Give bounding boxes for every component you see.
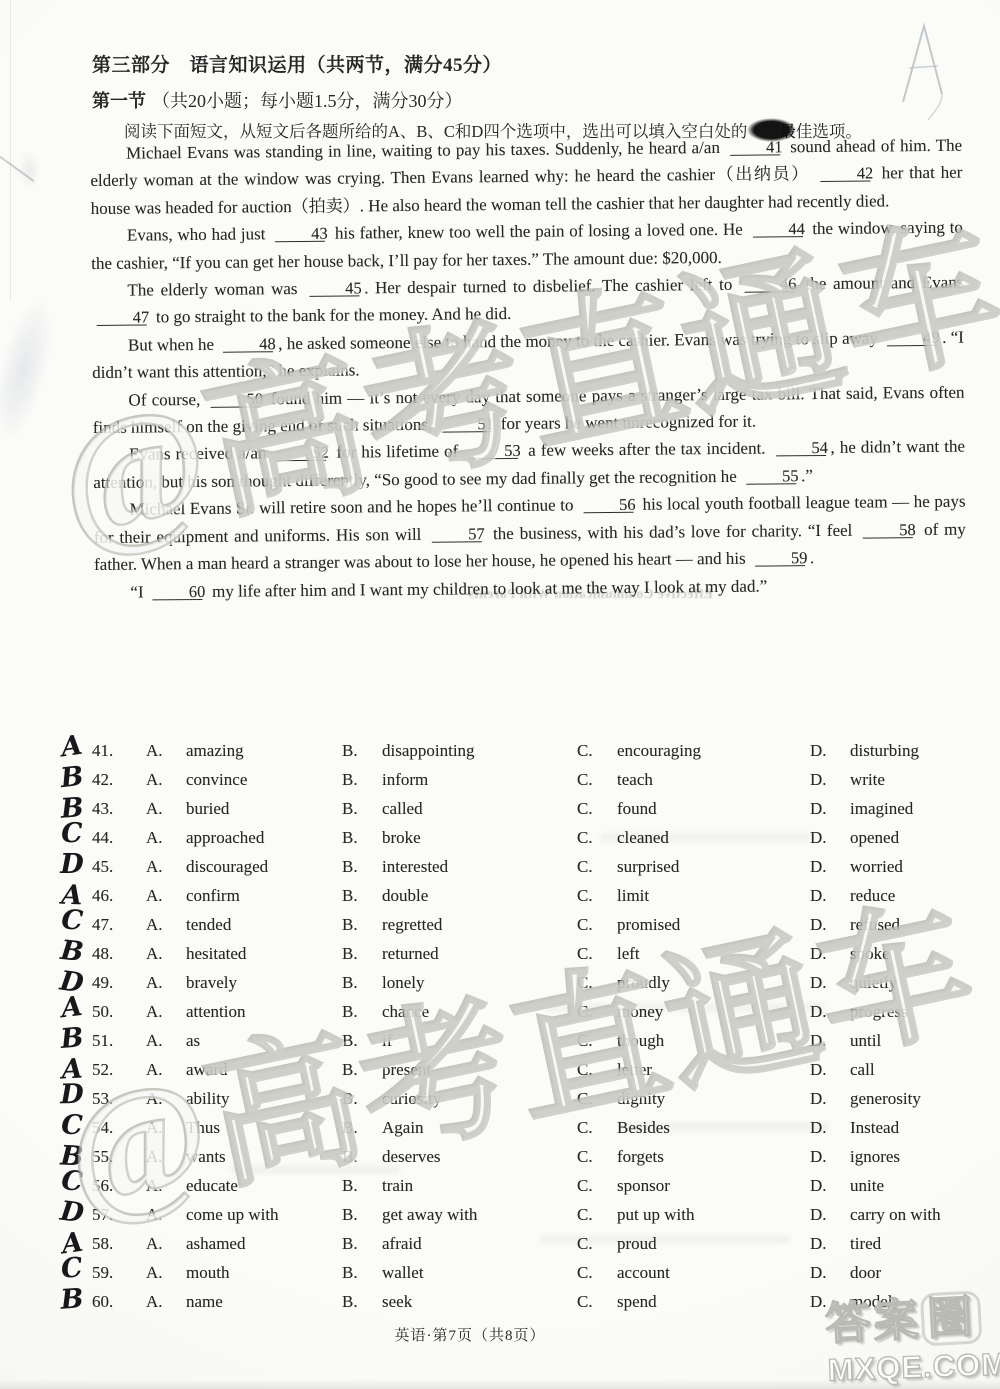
option-c: C.limit (577, 886, 810, 906)
option-b: B.disappointing (342, 741, 577, 761)
option-c: C.Besides (577, 1118, 810, 1138)
option-label: D. (810, 857, 850, 877)
option-label: C. (577, 1060, 617, 1080)
option-text: call (850, 1060, 875, 1079)
option-label: A. (146, 1002, 186, 1022)
option-d: D.tired (810, 1234, 988, 1254)
option-label: D. (810, 973, 850, 993)
option-text: teach (617, 770, 653, 789)
option-label: C. (577, 741, 617, 761)
option-text: broke (382, 828, 421, 847)
option-text: ignores (850, 1147, 900, 1166)
option-text: called (382, 799, 423, 818)
option-text: refused (850, 915, 900, 934)
option-text: deserves (382, 1147, 441, 1166)
option-text: proudly (617, 973, 670, 992)
question-number: 51. (92, 1031, 146, 1051)
question-number: 54. (92, 1118, 146, 1138)
handwritten-answer: D (55, 1081, 89, 1109)
option-label: C. (577, 1031, 617, 1051)
option-label: D. (810, 1089, 850, 1109)
option-d: D.carry on with (810, 1205, 988, 1225)
option-d: D.until (810, 1031, 988, 1051)
cloze-blank: 44 (752, 221, 802, 237)
passage: Michael Evans was standing in line, wait… (90, 132, 966, 606)
cloze-blank: 58 (863, 522, 913, 538)
option-text: afraid (382, 1234, 422, 1253)
option-label: D. (810, 799, 850, 819)
handwritten-answer: B (54, 936, 91, 966)
option-text: get away with (382, 1205, 477, 1224)
option-c: C.letter (577, 1060, 810, 1080)
passage-paragraph: Evans, who had just 43 his father, knew … (91, 214, 963, 277)
option-text: sponsor (617, 1176, 670, 1195)
option-a: A.wants (146, 1147, 342, 1167)
option-text: interested (382, 857, 448, 876)
option-a: A.as (146, 1031, 342, 1051)
option-a: A.name (146, 1292, 342, 1312)
option-label: A. (146, 1176, 186, 1196)
option-text: disturbing (850, 741, 919, 760)
option-d: D.quietly (810, 973, 988, 993)
cloze-blank: 45 (309, 280, 359, 296)
option-label: B. (342, 915, 382, 935)
handwritten-answer: B (54, 1285, 90, 1314)
cloze-blank: 56 (583, 497, 633, 513)
option-text: if (382, 1031, 392, 1050)
option-text: promised (617, 915, 680, 934)
question-row: B42.A.convinceB.informC.teachD.write (92, 770, 988, 799)
option-text: encouraging (617, 741, 701, 760)
option-text: ashamed (186, 1234, 245, 1253)
option-c: C.proud (577, 1234, 810, 1254)
option-c: C.proudly (577, 973, 810, 993)
option-text: name (186, 1292, 223, 1311)
option-label: D. (810, 915, 850, 935)
option-c: C.forgets (577, 1147, 810, 1167)
cloze-blank: 49 (887, 330, 937, 346)
option-b: B.if (342, 1031, 577, 1051)
option-label: A. (146, 741, 186, 761)
option-text: generosity (850, 1089, 921, 1108)
option-b: B.inform (342, 770, 577, 790)
option-label: B. (342, 1176, 382, 1196)
option-label: B. (342, 857, 382, 877)
option-b: B.returned (342, 944, 577, 964)
option-label: B. (342, 1147, 382, 1167)
part-title: 第三部分 语言知识运用（共两节，满分45分） (92, 50, 972, 77)
option-label: D. (810, 944, 850, 964)
question-row: B51.A.asB.ifC.thoughD.until (92, 1031, 988, 1060)
logo-circled-char: 圈 (920, 1290, 983, 1346)
option-d: D.Instead (810, 1118, 988, 1138)
handwritten-answer: A (53, 992, 90, 1023)
option-d: D.unite (810, 1176, 988, 1196)
option-b: B.double (342, 886, 577, 906)
option-b: B.train (342, 1176, 577, 1196)
question-number: 53. (92, 1089, 146, 1109)
option-text: present (382, 1060, 431, 1079)
question-row: B48.A.hesitatedB.returnedC.leftD.spoke (92, 944, 988, 973)
question-number: 49. (92, 973, 146, 993)
option-label: B. (342, 770, 382, 790)
option-label: A. (146, 1263, 186, 1283)
option-d: D.imagined (810, 799, 988, 819)
question-number: 48. (92, 944, 146, 964)
option-label: A. (146, 1234, 186, 1254)
option-label: C. (577, 1147, 617, 1167)
option-text: tired (850, 1234, 881, 1253)
option-text: door (850, 1263, 881, 1282)
option-d: D.reduce (810, 886, 988, 906)
option-c: C.spend (577, 1292, 810, 1312)
option-text: progress (850, 1002, 908, 1021)
option-label: A. (146, 1060, 186, 1080)
option-label: C. (577, 886, 617, 906)
option-label: C. (577, 1176, 617, 1196)
option-text: carry on with (850, 1205, 941, 1224)
logo-url: MXQE.COM (827, 1345, 1000, 1388)
option-d: D.refused (810, 915, 988, 935)
option-d: D.disturbing (810, 741, 988, 761)
passage-paragraph: Michael Evans was standing in line, wait… (90, 132, 963, 223)
question-number: 41. (92, 741, 146, 761)
cloze-blank: 60 (153, 583, 203, 599)
scan-crease (10, 0, 11, 300)
handwritten-answer: D (53, 1197, 90, 1228)
option-label: B. (342, 1234, 382, 1254)
option-label: D. (810, 1002, 850, 1022)
question-number: 60. (92, 1292, 146, 1312)
option-text: as (186, 1031, 200, 1050)
option-text: educate (186, 1176, 238, 1195)
question-number: 47. (92, 915, 146, 935)
option-c: C.teach (577, 770, 810, 790)
option-a: A.ability (146, 1089, 342, 1109)
cloze-blank: 42 (821, 166, 871, 182)
option-label: B. (342, 886, 382, 906)
option-label: C. (577, 828, 617, 848)
question-row: D53.A.abilityB.curiosityC.dignityD.gener… (92, 1089, 988, 1118)
option-text: account (617, 1263, 670, 1282)
question-row: A41.A.amazingB.disappointingC.encouragin… (92, 741, 988, 770)
option-label: D. (810, 1118, 850, 1138)
option-text: limit (617, 886, 649, 905)
cloze-blank: 52 (276, 445, 326, 461)
option-text: surprised (617, 857, 679, 876)
option-a: A.come up with (146, 1205, 342, 1225)
option-text: put up with (617, 1205, 694, 1224)
cloze-blank: 41 (730, 139, 780, 155)
question-number: 43. (92, 799, 146, 819)
handwritten-answer: A (53, 731, 90, 762)
option-text: spoke (850, 944, 890, 963)
option-text: disappointing (382, 741, 475, 760)
option-text: found (617, 799, 657, 818)
question-number: 50. (92, 1002, 146, 1022)
cloze-blank: 43 (275, 226, 325, 242)
passage-paragraph: Of course, 50 found him — it’s not every… (92, 378, 964, 441)
option-label: A. (146, 1292, 186, 1312)
option-label: B. (342, 1118, 382, 1138)
option-label: C. (577, 915, 617, 935)
option-label: B. (342, 944, 382, 964)
option-c: C.dignity (577, 1089, 810, 1109)
option-text: come up with (186, 1205, 279, 1224)
option-label: C. (577, 1118, 617, 1138)
option-label: D. (810, 1060, 850, 1080)
question-row: A50.A.attentionB.chanceC.moneyD.progress (92, 1002, 988, 1031)
option-text: until (850, 1031, 881, 1050)
question-row: D49.A.bravelyB.lonelyC.proudlyD.quietly (92, 973, 988, 1002)
option-text: imagined (850, 799, 913, 818)
option-c: C.left (577, 944, 810, 964)
option-a: A.educate (146, 1176, 342, 1196)
option-text: wants (186, 1147, 226, 1166)
subsection-info: （共20小题；每小题1.5分，满分30分） (152, 91, 463, 111)
cloze-blank: 48 (223, 336, 273, 352)
option-text: cleaned (617, 828, 669, 847)
option-text: attention (186, 1002, 245, 1021)
question-row: D45.A.discouragedB.interestedC.surprised… (92, 857, 988, 886)
option-label: A. (146, 828, 186, 848)
option-text: proud (617, 1234, 657, 1253)
page-footer: 英语·第7页（共8页） (0, 1324, 940, 1345)
option-label: D. (810, 886, 850, 906)
option-text: award (186, 1060, 228, 1079)
option-text: returned (382, 944, 439, 963)
option-label: A. (146, 1118, 186, 1138)
cloze-blank: 57 (432, 526, 482, 542)
option-text: Instead (850, 1118, 899, 1137)
option-text: train (382, 1176, 413, 1195)
option-label: A. (146, 944, 186, 964)
option-text: money (617, 1002, 663, 1021)
option-d: D.opened (810, 828, 988, 848)
option-a: A.mouth (146, 1263, 342, 1283)
option-text: hesitated (186, 944, 246, 963)
option-b: B.seek (342, 1292, 577, 1312)
question-row: C47.A.tendedB.regrettedC.promisedD.refus… (92, 915, 988, 944)
option-label: B. (342, 799, 382, 819)
option-a: A.bravely (146, 973, 342, 993)
option-text: reduce (850, 886, 895, 905)
option-label: A. (146, 799, 186, 819)
option-label: A. (146, 1205, 186, 1225)
option-b: B.present (342, 1060, 577, 1080)
subsection-label: 第一节 (92, 91, 146, 111)
question-row: B55.A.wantsB.deservesC.forgetsD.ignores (92, 1147, 988, 1176)
option-label: D. (810, 741, 850, 761)
option-text: discouraged (186, 857, 268, 876)
cloze-blank: 54 (775, 440, 825, 456)
logo-chinese-name: 答案圈 (823, 1277, 1000, 1353)
option-b: B.deserves (342, 1147, 577, 1167)
cloze-blank: 51 (441, 416, 491, 432)
option-text: Thus (186, 1118, 220, 1137)
option-text: lonely (382, 973, 425, 992)
option-b: B.wallet (342, 1263, 577, 1283)
question-row: D57.A.come up withB.get away withC.put u… (92, 1205, 988, 1234)
option-label: D. (810, 1031, 850, 1051)
option-a: A.approached (146, 828, 342, 848)
question-row: A52.A.awardB.presentC.letterD.call (92, 1060, 988, 1089)
option-text: Again (382, 1118, 424, 1137)
option-label: D. (810, 828, 850, 848)
question-row: A46.A.confirmB.doubleC.limitD.reduce (92, 886, 988, 915)
passage-paragraph: Evans received a/an 52 for his lifetime … (93, 433, 965, 496)
question-number: 57. (92, 1205, 146, 1225)
option-label: A. (146, 915, 186, 935)
option-c: C.encouraging (577, 741, 810, 761)
option-text: regretted (382, 915, 442, 934)
option-text: unite (850, 1176, 884, 1195)
option-b: B.broke (342, 828, 577, 848)
option-label: B. (342, 741, 382, 761)
option-text: bravely (186, 973, 237, 992)
option-label: C. (577, 799, 617, 819)
question-number: 56. (92, 1176, 146, 1196)
option-c: C.put up with (577, 1205, 810, 1225)
option-c: C.surprised (577, 857, 810, 877)
option-label: A. (146, 1031, 186, 1051)
option-b: B.called (342, 799, 577, 819)
option-c: C.though (577, 1031, 810, 1051)
option-a: A.tended (146, 915, 342, 935)
option-label: A. (146, 886, 186, 906)
option-b: B.regretted (342, 915, 577, 935)
cloze-blank: 47 (97, 310, 147, 326)
ink-smudge (0, 292, 63, 449)
question-row: C44.A.approachedB.brokeC.cleanedD.opened (92, 828, 988, 857)
handwritten-answer: C (53, 1253, 90, 1283)
cloze-blank: 53 (468, 443, 518, 459)
option-text: buried (186, 799, 229, 818)
option-label: C. (577, 770, 617, 790)
option-text: left (617, 944, 640, 963)
passage-paragraph: But when he 48, he asked someone else to… (92, 323, 964, 386)
question-number: 58. (92, 1234, 146, 1254)
question-number: 46. (92, 886, 146, 906)
option-label: A. (146, 857, 186, 877)
option-label: B. (342, 1002, 382, 1022)
handwritten-answer: C (55, 1112, 89, 1140)
option-c: C.found (577, 799, 810, 819)
option-a: A.hesitated (146, 944, 342, 964)
option-label: B. (342, 1060, 382, 1080)
option-label: B. (342, 1205, 382, 1225)
option-c: C.sponsor (577, 1176, 810, 1196)
option-text: worried (850, 857, 903, 876)
option-b: B.Again (342, 1118, 577, 1138)
option-text: write (850, 770, 885, 789)
option-text: mouth (186, 1263, 229, 1282)
option-d: D.spoke (810, 944, 988, 964)
questions-list: A41.A.amazingB.disappointingC.encouragin… (92, 741, 988, 1321)
option-b: B.chance (342, 1002, 577, 1022)
option-label: C. (577, 1292, 617, 1312)
question-number: 59. (92, 1263, 146, 1283)
cloze-blank: 59 (755, 550, 805, 566)
answer-site-logo: 答案圈 MXQE.COM (823, 1277, 1000, 1389)
question-number: 44. (92, 828, 146, 848)
option-label: D. (810, 1234, 850, 1254)
option-label: C. (577, 1263, 617, 1283)
option-label: B. (342, 1263, 382, 1283)
option-a: A.discouraged (146, 857, 342, 877)
handwritten-answer: C (54, 906, 90, 935)
option-a: A.convince (146, 770, 342, 790)
option-label: C. (577, 1234, 617, 1254)
option-b: B.lonely (342, 973, 577, 993)
option-label: D. (810, 1147, 850, 1167)
option-d: D.progress (810, 1002, 988, 1022)
cloze-blank: 55 (746, 468, 796, 484)
option-label: D. (810, 1205, 850, 1225)
option-text: forgets (617, 1147, 664, 1166)
option-text: approached (186, 828, 264, 847)
option-label: C. (577, 973, 617, 993)
option-label: C. (577, 1089, 617, 1109)
option-text: wallet (382, 1263, 424, 1282)
handwritten-answer: B (54, 762, 91, 792)
option-text: though (617, 1031, 664, 1050)
question-row: C54.A.ThusB.AgainC.BesidesD.Instead (92, 1118, 988, 1147)
option-text: dignity (617, 1089, 665, 1108)
option-a: A.amazing (146, 741, 342, 761)
option-b: B.interested (342, 857, 577, 877)
option-text: Besides (617, 1118, 670, 1137)
option-text: convince (186, 770, 247, 789)
exam-page: @高考直通车 @高考直通车 Effective Communication Wi… (0, 0, 1000, 1389)
option-d: D.write (810, 770, 988, 790)
subsection-title: 第一节（共20小题；每小题1.5分，满分30分） (92, 87, 972, 113)
handwritten-answer: C (54, 1167, 90, 1197)
option-text: double (382, 886, 428, 905)
option-label: C. (577, 944, 617, 964)
question-row: C56.A.educateB.trainC.sponsorD.unite (92, 1176, 988, 1205)
option-c: C.cleaned (577, 828, 810, 848)
option-c: C.promised (577, 915, 810, 935)
option-text: opened (850, 828, 899, 847)
option-d: D.ignores (810, 1147, 988, 1167)
cloze-blank: 50 (210, 391, 260, 407)
option-label: C. (577, 1002, 617, 1022)
option-label: C. (577, 857, 617, 877)
option-text: curiosity (382, 1089, 442, 1108)
option-a: A.ashamed (146, 1234, 342, 1254)
cloze-blank: 46 (744, 276, 794, 292)
option-label: A. (146, 1147, 186, 1167)
option-a: A.confirm (146, 886, 342, 906)
option-text: seek (382, 1292, 412, 1311)
option-label: B. (342, 828, 382, 848)
option-a: A.award (146, 1060, 342, 1080)
option-text: inform (382, 770, 428, 789)
handwritten-answer: B (54, 1024, 90, 1054)
option-text: amazing (186, 741, 244, 760)
option-d: D.call (810, 1060, 988, 1080)
option-label: B. (342, 973, 382, 993)
question-number: 52. (92, 1060, 146, 1080)
option-a: A.Thus (146, 1118, 342, 1138)
option-a: A.attention (146, 1002, 342, 1022)
option-label: A. (146, 973, 186, 993)
option-label: D. (810, 770, 850, 790)
handwritten-answer: C (54, 819, 89, 847)
option-label: D. (810, 1263, 850, 1283)
option-b: B.get away with (342, 1205, 577, 1225)
